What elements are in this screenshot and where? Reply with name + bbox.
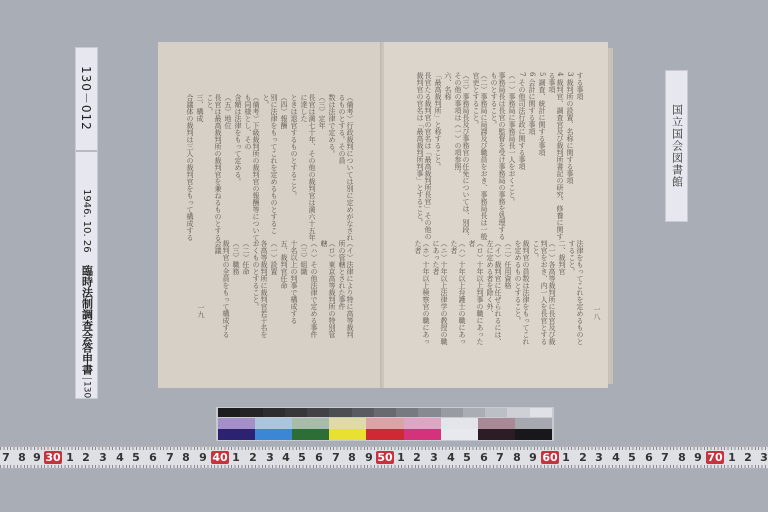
ruler-number: 8 (180, 451, 192, 464)
color-patch (366, 418, 403, 440)
text-column: （三）事務局長及び事務官の任免については、別段、その他の事項は（一）の項参照。 (454, 72, 470, 240)
text-column: （五）地位 (224, 94, 232, 244)
ruler-number: 2 (80, 451, 92, 464)
text-column: （一）事務局に事務局長一人をおくこと。 (508, 72, 516, 240)
ruler-number: 50 (376, 451, 394, 464)
color-patch (329, 418, 366, 440)
right-page-number: 一八 (592, 306, 602, 320)
text-column: 三、構成 (196, 94, 204, 244)
gray-step (218, 408, 240, 417)
ruler-number: 6 (478, 451, 490, 464)
ruler-number: 9 (31, 451, 43, 464)
institution-label: 国立国会図書館 (665, 70, 688, 222)
document-title: 臨時法制調査会答申書 (79, 265, 95, 375)
ruler-number: 3 (97, 451, 109, 464)
ruler-number: 5 (296, 451, 308, 464)
text-column: （四）報酬 (280, 94, 288, 244)
label-meta: 1946. 10. 26 臨時法制調査会答申書 130 (76, 154, 97, 398)
gray-step (441, 408, 463, 417)
text-column: （備考）行政裁判については別に定めがなされるものとする。その員 (338, 94, 354, 244)
series-number: 130 (82, 378, 92, 398)
ruler-number: 8 (676, 451, 688, 464)
ruler-number: 9 (197, 451, 209, 464)
text-column: （イ）法律により特に高等裁判所の管轄とされた事件 (338, 240, 354, 340)
grayscale-strip (218, 408, 552, 417)
catalog-id-text: 130－012 (78, 66, 95, 131)
text-column: （ロ）十年以上判事の職にあった者 (468, 240, 484, 350)
color-patch (441, 418, 478, 440)
ruler-number: 7 (494, 451, 506, 464)
ruler-number: 4 (280, 451, 292, 464)
ruler-number: 5 (130, 451, 142, 464)
ruler-number: 9 (527, 451, 539, 464)
ruler-number: 6 (643, 451, 655, 464)
text-column: 5 調査、統計に関する事項 (538, 72, 546, 240)
right-page-upper-text: する事項3 裁判所の設置、名称に関する事項4 裁判官、調査官及び裁判所書記の研究… (414, 72, 584, 240)
label-divider (76, 150, 97, 152)
ruler-number: 6 (313, 451, 325, 464)
text-column: する事項 (576, 72, 584, 240)
text-column: 長官は満七十年、その他の裁判官は満六十五年に達した (300, 94, 316, 244)
ruler-number: 3 (593, 451, 605, 464)
text-column: （二）事務局に局課及び職員をおき、事務局長は一般官吏とすること。 (472, 72, 488, 240)
text-column: （ニ）十年以上法律学の教授の職にあった者 (432, 240, 448, 350)
gray-step (463, 408, 485, 417)
color-calibration-chart (216, 407, 554, 441)
gray-step (285, 408, 307, 417)
institution-name: 国立国会図書館 (669, 104, 685, 188)
ruler-number: 4 (610, 451, 622, 464)
color-patches (218, 418, 552, 440)
text-column: 7 その他司法行政に関する事項 (518, 72, 526, 240)
gray-step (329, 408, 351, 417)
right-page-lower-text: 法律をもってこれを定めるものとすること。二、裁判官（一）各高等裁判所に長官及び裁… (414, 240, 584, 350)
text-column: 六、名称 (444, 72, 452, 240)
catalog-label: 130－012 1946. 10. 26 臨時法制調査会答申書 130 (75, 47, 98, 399)
ruler-number: 6 (147, 451, 159, 464)
text-column: 裁判官の全員をもって構成する会議 (214, 240, 230, 340)
color-patch (404, 418, 441, 440)
text-column: 五、裁判官任命 (280, 240, 288, 340)
text-column: （一）設置 (270, 240, 278, 340)
text-column: （ホ）十年以上検察官の職にあった者 (414, 240, 430, 350)
gray-step (396, 408, 418, 417)
right-page: する事項3 裁判所の設置、名称に関する事項4 裁判官、調査官及び裁判所書記の研究… (384, 42, 608, 388)
ruler-number: 2 (742, 451, 754, 464)
color-patch (218, 418, 255, 440)
ruler-number: 2 (411, 451, 423, 464)
text-column: 長官は最高裁判所の裁判官を兼ねるものとすること。 (206, 94, 222, 244)
ruler-number: 4 (114, 451, 126, 464)
color-patch (292, 418, 329, 440)
color-patch (515, 418, 552, 440)
text-column: 3 裁判所の設置、名称に関する事項 (566, 72, 574, 240)
ruler-number: 3 (758, 451, 768, 464)
text-column: ときは退官するものとすること。 (290, 94, 298, 244)
text-column: 二、裁判官 (558, 240, 566, 350)
ruler-number: 9 (363, 451, 375, 464)
measuring-ruler: 7893012345678940123456789501234567896012… (0, 446, 768, 469)
ruler-number: 9 (692, 451, 704, 464)
text-column: 裁判官の員数は法律をもってこれを定めるものとすること。 (514, 240, 530, 350)
gray-step (530, 408, 552, 417)
ruler-number: 8 (511, 451, 523, 464)
color-patch (255, 418, 292, 440)
ruler-number: 2 (247, 451, 259, 464)
text-column: （備考）下級裁判所の裁判官の報酬等についても同様とし、その (244, 94, 260, 244)
document-date: 1946. 10. 26 (81, 189, 92, 253)
gray-step (263, 408, 285, 417)
text-column: （一）各高等裁判所に長官及び裁判官をおき、内一人を長官とすること。 (532, 240, 556, 350)
ruler-number: 5 (626, 451, 638, 464)
ruler-number: 1 (64, 451, 76, 464)
ruler-number: 4 (445, 451, 457, 464)
ruler-number: 1 (560, 451, 572, 464)
text-column: （ロ）東京高等裁判所の特別管轄 (320, 240, 336, 340)
ruler-number: 7 (0, 451, 12, 464)
open-booklet: （備考）行政裁判については別に定めがなされるものとする。その員数は法律で定める。… (158, 42, 610, 388)
color-patch (478, 418, 515, 440)
text-column: （二）任用資格 (504, 240, 512, 350)
text-column: 6 会計に関する事項 (528, 72, 536, 240)
text-column: 合議体の裁判は三人の裁判官をもって構成するものとする。 (186, 94, 194, 244)
text-column: （三）組織 (300, 240, 308, 340)
left-page-upper-text: （備考）行政裁判については別に定めがなされるものとする。その員数は法律で定める。… (186, 94, 354, 244)
text-column: 含額は法律をもって定める。 (234, 94, 242, 244)
ruler-number: 7 (659, 451, 671, 464)
text-column: 「最高裁判所」と称すること。 (434, 72, 442, 240)
ruler-number: 8 (346, 451, 358, 464)
text-column: 別に法律をもってこれを定めるものとすること。 (262, 94, 278, 244)
text-column: 長官たる裁判官の官名は「最高裁判所長官」その他の裁判官の官名は「最高裁判所判事」… (416, 72, 432, 240)
ruler-number: 70 (706, 451, 724, 464)
text-column: 各高等裁判所に裁判官若干名をおくものとすること。 (252, 240, 268, 340)
gray-step (352, 408, 374, 417)
ruler-number: 8 (16, 451, 28, 464)
text-column: （ハ）その他法律で定める事件 (310, 240, 318, 340)
gray-step (374, 408, 396, 417)
ruler-number: 3 (428, 451, 440, 464)
text-column: （ハ）十年以上弁護士の職にあった者 (450, 240, 466, 350)
gray-step (240, 408, 262, 417)
gray-step (418, 408, 440, 417)
text-column: 法律をもってこれを定めるものとすること。 (568, 240, 584, 350)
catalog-id: 130－012 (76, 48, 97, 148)
text-column: 十名以上の判事で構成する (290, 240, 298, 340)
left-page: （備考）行政裁判については別に定めがなされるものとする。その員数は法律で定める。… (158, 42, 382, 388)
ruler-number: 7 (164, 451, 176, 464)
gray-step (307, 408, 329, 417)
ruler-number: 30 (44, 451, 62, 464)
text-column: 4 裁判官、調査官及び裁判所書記の研究、修養に関する事項 (548, 72, 564, 240)
gray-step (507, 408, 529, 417)
ruler-number: 5 (461, 451, 473, 464)
left-page-lower-text: （イ）法律により特に高等裁判所の管轄とされた事件（ロ）東京高等裁判所の特別管轄（… (186, 240, 354, 340)
ruler-number: 1 (230, 451, 242, 464)
text-column: （三）定年 (318, 94, 326, 244)
ruler-number: 60 (541, 451, 559, 464)
ruler-number: 1 (726, 451, 738, 464)
ruler-number: 40 (211, 451, 229, 464)
text-column: （三）職務 (232, 240, 240, 340)
ruler-number: 1 (395, 451, 407, 464)
ruler-number: 2 (577, 451, 589, 464)
text-column: （二）任命 (242, 240, 250, 340)
ruler-number: 7 (330, 451, 342, 464)
gray-step (485, 408, 507, 417)
left-page-number: 一九 (196, 304, 206, 318)
text-column: （イ）裁判官に任ぜられるには、左に定める者を除く外、 (486, 240, 502, 350)
text-column: 事務局長は長官の監督を受け事務局の事務を処理するものとすること。 (490, 72, 506, 240)
text-column: 数は法律で定める。 (328, 94, 336, 244)
ruler-number: 3 (264, 451, 276, 464)
